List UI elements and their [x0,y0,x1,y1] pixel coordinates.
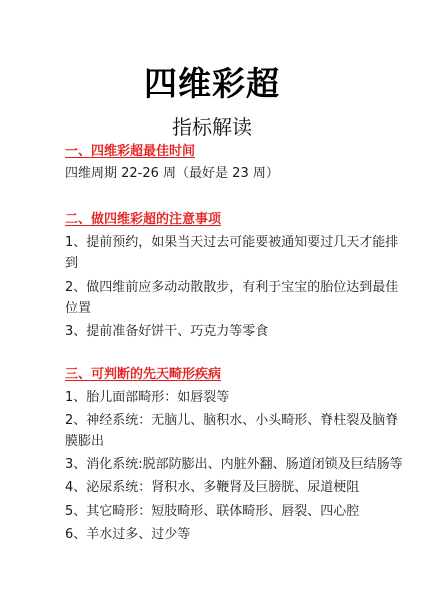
page-subtitle: 指标解读 [0,114,424,140]
section-2-line-1-cont: 到 [65,255,78,273]
section-3-line-2: 2、神经系统：无脑儿、脑积水、小头畸形、脊柱裂及脑脊 [65,412,398,430]
section-heading-best-time: 一、四维彩超最佳时间 [65,143,195,161]
section-2-line-2-cont: 位置 [65,300,91,318]
section-heading-precautions: 二、做四维彩超的注意事项 [65,211,221,229]
section-heading-congenital-defects: 三、可判断的先天畸形疾病 [65,366,221,384]
section-3-line-3: 3、消化系统:脱部防膨出、内脏外翻、肠道闭锁及巨结肠等 [65,456,403,474]
section-3-line-4: 4、泌尿系统：肾积水、多鞭肾及巨膀胱、尿道梗阻 [65,479,359,497]
section-2-line-1: 1、提前预约，如果当天过去可能要被通知要过几天才能排 [65,234,398,252]
section-2-line-3: 3、提前准备好饼干、巧克力等零食 [65,323,268,341]
page-title: 四维彩超 [0,64,424,104]
section-3-line-1: 1、胎儿面部畸形：如唇裂等 [65,389,229,407]
section-3-line-2-cont: 膜膨出 [65,433,104,451]
section-1-line-1: 四维周期 22-26 周（最好是 23 周） [65,165,279,183]
section-3-line-5: 5、其它畸形：短肢畸形、联体畸形、唇裂、四心腔 [65,503,359,521]
section-2-line-2: 2、做四维前应多动动散散步，有利于宝宝的胎位达到最佳 [65,279,398,297]
document-page: 四维彩超 指标解读 一、四维彩超最佳时间 四维周期 22-26 周（最好是 23… [0,0,424,600]
section-3-line-6: 6、羊水过多、过少等 [65,526,190,544]
